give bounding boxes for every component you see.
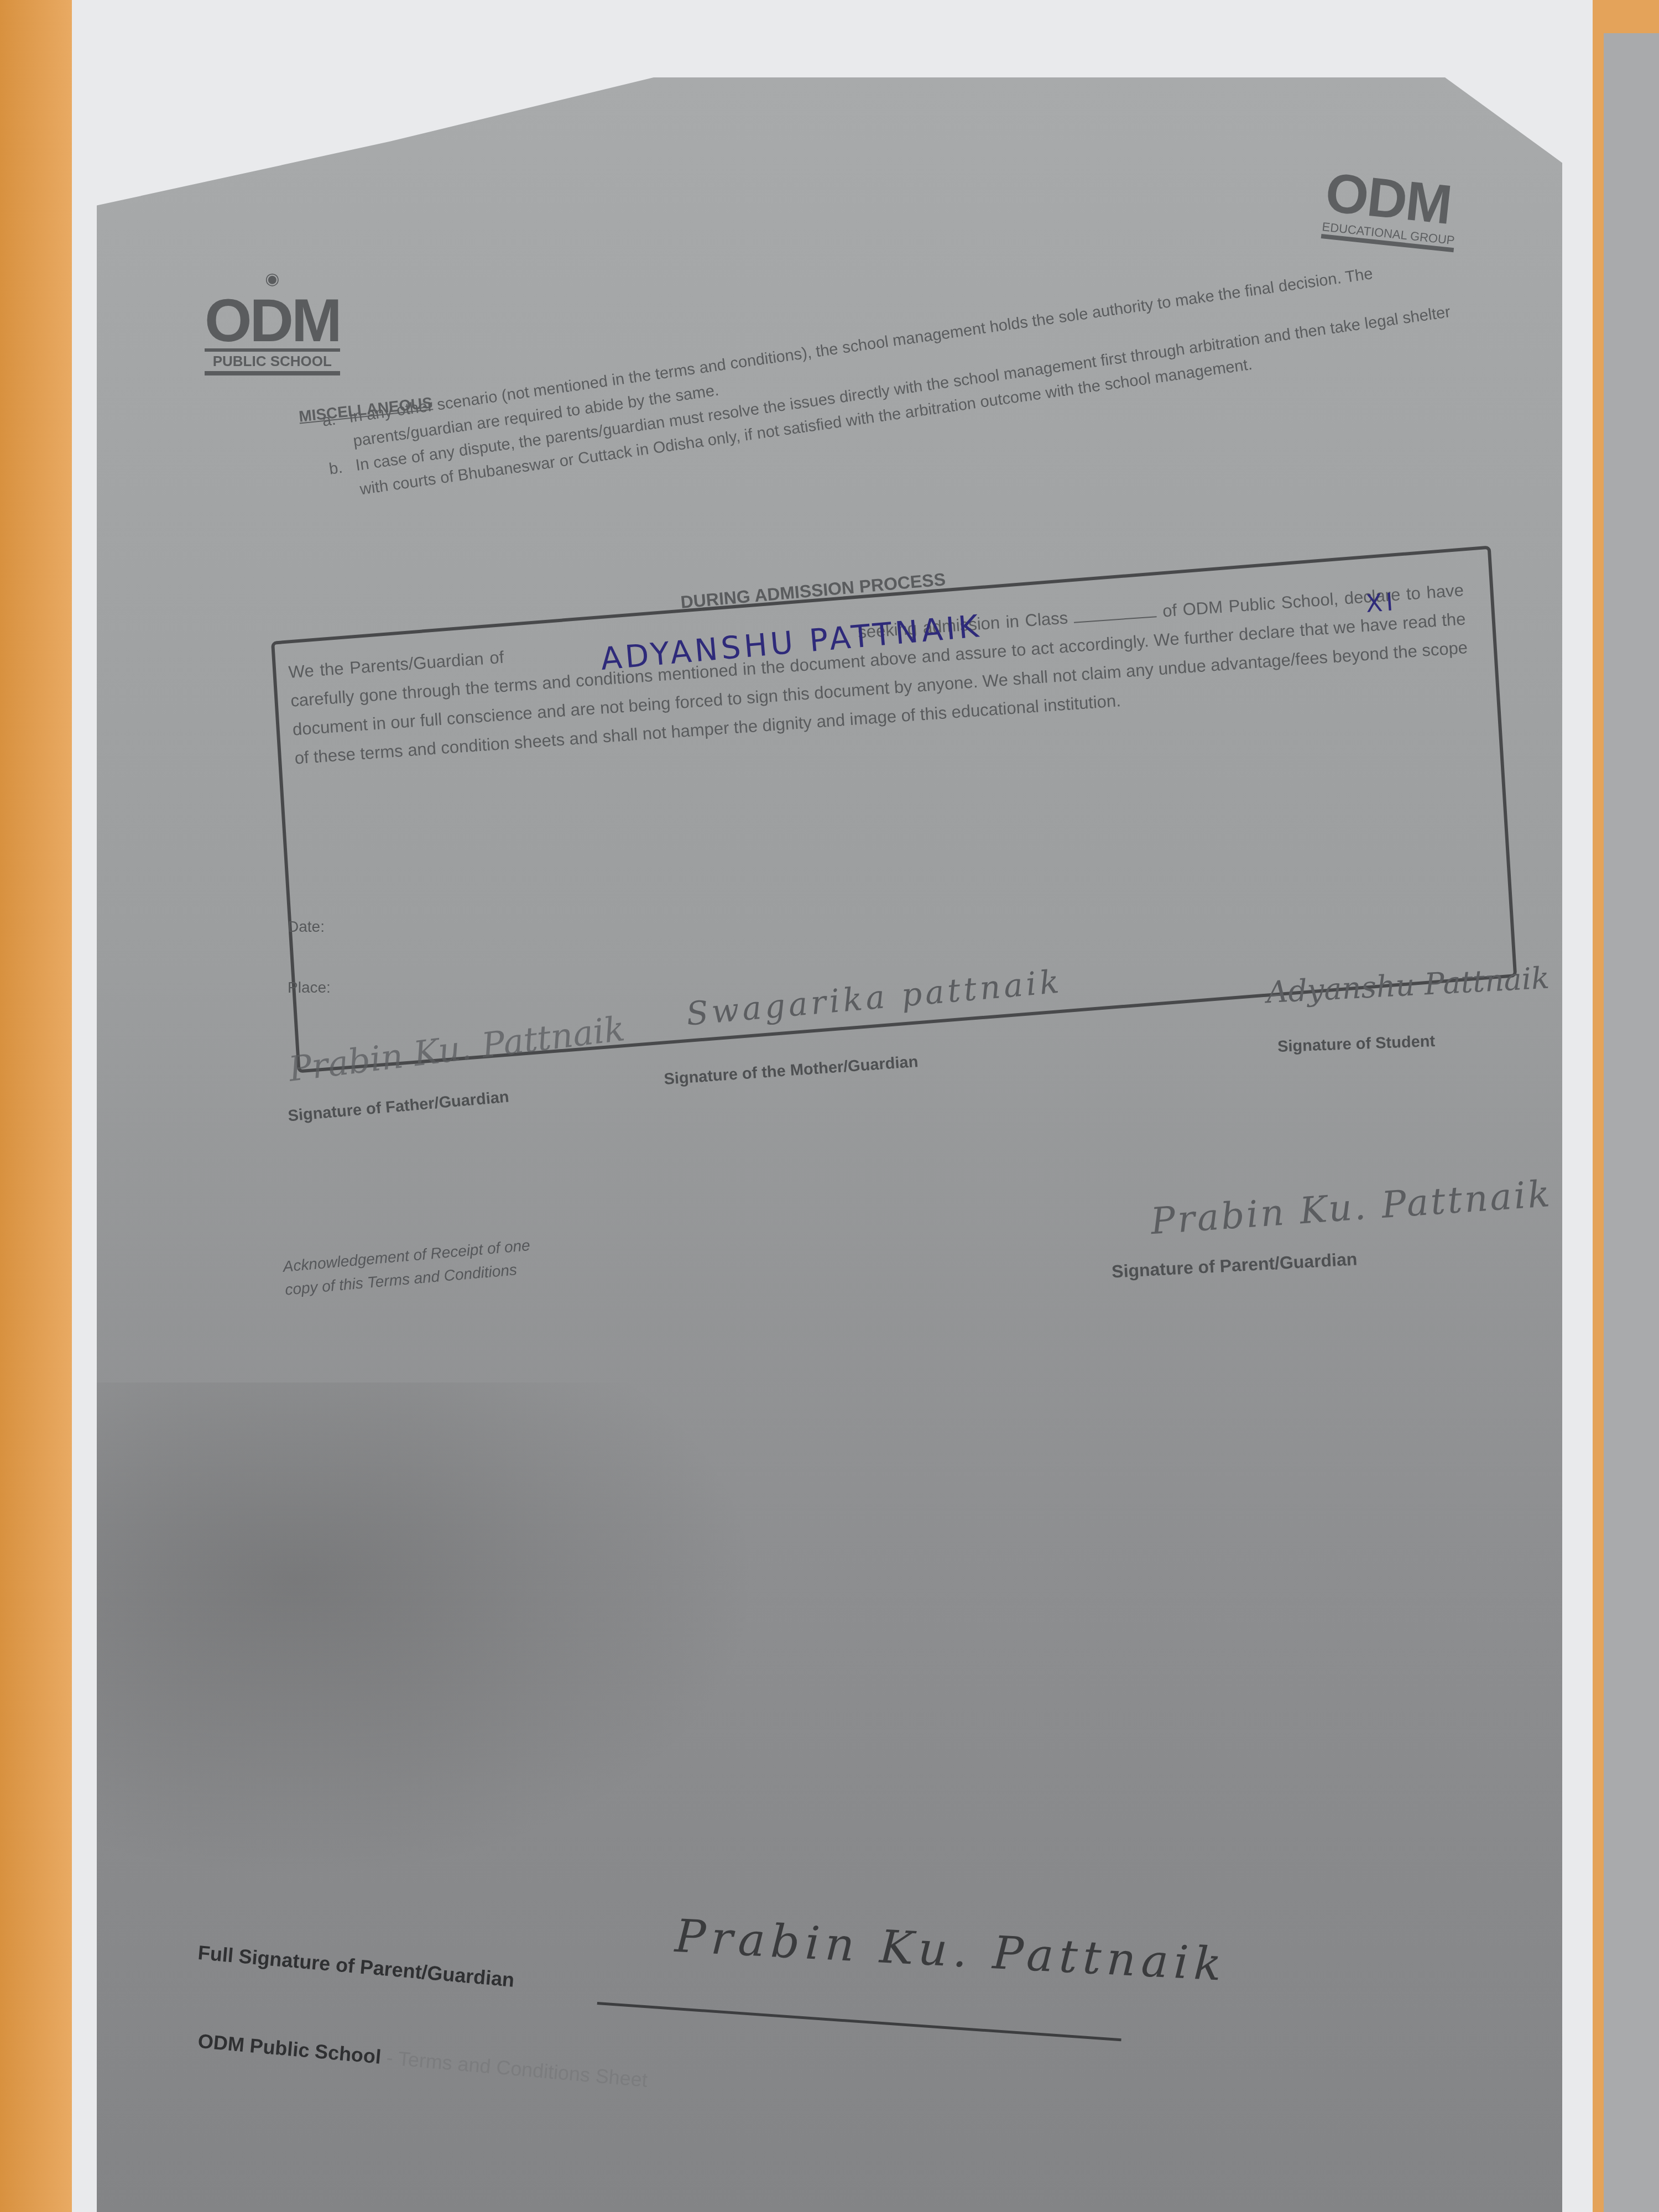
student-signature-label: Signature of Student: [1277, 1032, 1436, 1056]
parent-signature-label: Signature of Parent/Guardian: [1111, 1249, 1358, 1282]
school-logo-left: ◉ ODM PUBLIC SCHOOL: [205, 265, 340, 375]
misc-item-marker: b.: [328, 459, 343, 478]
misc-item-marker: a.: [321, 411, 337, 430]
logo-left-subtitle: PUBLIC SCHOOL: [205, 348, 340, 375]
father-signature-label: Signature of Father/Guardian: [287, 1088, 510, 1126]
full-signature-handwritten: Prabin Ku. Pattnaik: [674, 1910, 1228, 1991]
footer-sheet-title: - Terms and Conditions Sheet: [380, 2046, 648, 2091]
footer: ODM Public School - Terms and Conditions…: [197, 2030, 648, 2092]
place-label: Place:: [288, 979, 331, 997]
full-signature-line: [597, 2002, 1121, 2041]
footer-school-name: ODM Public School: [197, 2030, 382, 2068]
parent-signature-acknowledgement: Prabin Ku. Pattnaik: [1149, 1172, 1553, 1243]
full-signature-label: Full Signature of Parent/Guardian: [197, 1941, 515, 1992]
document-content: ◉ ODM PUBLIC SCHOOL ODM EDUCATIONAL GROU…: [0, 0, 1659, 2212]
logo-left-name: ODM: [205, 293, 340, 348]
acknowledgement-text: Acknowledgement of Receipt of one copy o…: [282, 1234, 533, 1302]
class-handwritten: XI: [1365, 588, 1397, 618]
miscellaneous-list: a. In any other scenario (not mentioned …: [321, 252, 1457, 506]
mother-signature-label: Signature of the Mother/Guardian: [663, 1053, 919, 1089]
education-group-logo-right: ODM EDUCATIONAL GROUP: [1321, 165, 1462, 252]
date-label: Date:: [288, 918, 325, 936]
